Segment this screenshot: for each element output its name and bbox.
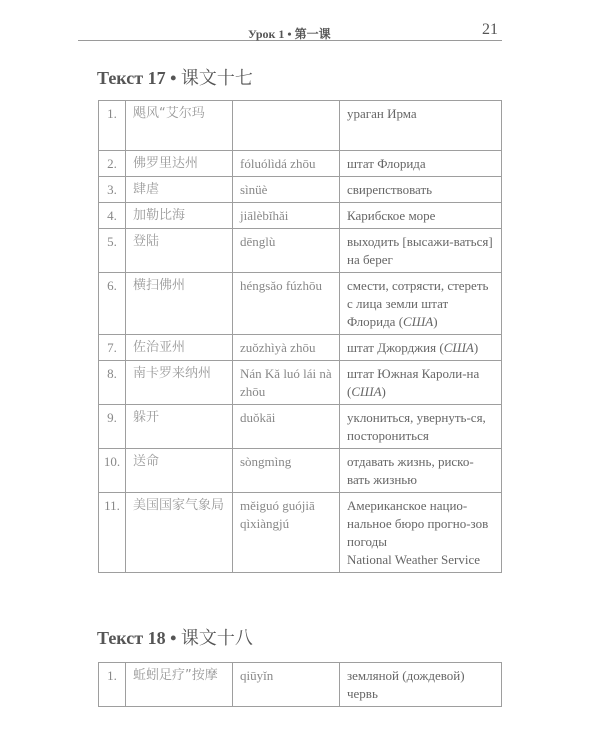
table-row: 4. 加勒比海 jiālèbǐhǎi Карибское море bbox=[99, 203, 502, 229]
vocab-table-17: 1. 飓风“艾尔玛 ураган Ирма 2. 佛罗里达州 fóluólìdá… bbox=[98, 100, 502, 573]
table-row: 9. 躲开 duǒkāi уклониться, увернуть-ся, по… bbox=[99, 405, 502, 449]
section-title-18: Текст 18 • 课文十八 bbox=[97, 624, 253, 650]
table-row: 11. 美国国家气象局 měiguó guójiā qìxiàngjú Амер… bbox=[99, 493, 502, 573]
table-row: 6. 横扫佛州 héngsǎo fúzhōu смести, сотрясти,… bbox=[99, 273, 502, 335]
section-title-17: Текст 17 • 课文十七 bbox=[97, 64, 253, 90]
table-row: 1. 蚯蚓足疗”按摩 qiūyǐn земляной (дождевой) че… bbox=[99, 663, 502, 707]
running-title: Урок 1 • 第一课 bbox=[248, 25, 331, 42]
vocab-table-18: 1. 蚯蚓足疗”按摩 qiūyǐn земляной (дождевой) че… bbox=[98, 662, 502, 707]
table-row: 3. 肆虐 sìnüè свирепствовать bbox=[99, 177, 502, 203]
table-row: 10. 送命 sòngmìng отдавать жизнь, риско-ва… bbox=[99, 449, 502, 493]
table-row: 5. 登陆 dēnglù выходить [высажи-ваться] на… bbox=[99, 229, 502, 273]
running-head: Урок 1 • 第一课 21 bbox=[78, 24, 502, 41]
table-row: 7. 佐治亚州 zuǒzhìyà zhōu штат Джорджия (США… bbox=[99, 335, 502, 361]
table-row: 2. 佛罗里达州 fóluólìdá zhōu штат Флорида bbox=[99, 151, 502, 177]
page-number: 21 bbox=[482, 21, 498, 39]
table-row: 8. 南卡罗来纳州 Nán Kǎ luó lái nà zhōu штат Юж… bbox=[99, 361, 502, 405]
table-row: 1. 飓风“艾尔玛 ураган Ирма bbox=[99, 101, 502, 151]
